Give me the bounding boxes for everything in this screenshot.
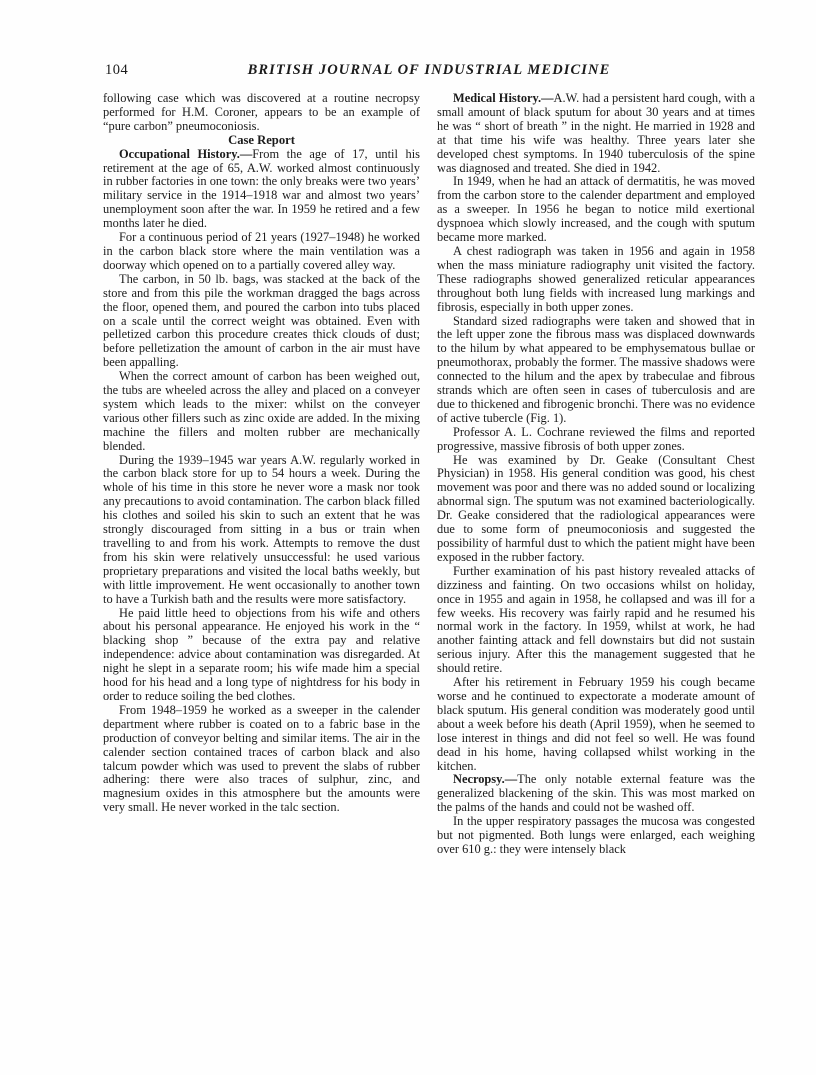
paragraph: When the correct amount of carbon has be… bbox=[103, 370, 420, 453]
paragraph: After his retirement in February 1959 hi… bbox=[437, 676, 755, 773]
paragraph-necropsy: Necropsy.—The only notable external feat… bbox=[437, 773, 755, 815]
paragraph: In the upper respiratory passages the mu… bbox=[437, 815, 755, 857]
paragraph: During the 1939–1945 war years A.W. regu… bbox=[103, 454, 420, 607]
section-heading-case-report: Case Report bbox=[103, 134, 420, 148]
paragraph-text: In 1949, when he had an attack of dermat… bbox=[437, 174, 755, 244]
journal-title: BRITISH JOURNAL OF INDUSTRIAL MEDICINE bbox=[103, 62, 755, 79]
paragraph-text: He was examined by Dr. Geake (Consultant… bbox=[437, 453, 755, 564]
left-column: following case which was discovered at a… bbox=[103, 92, 420, 857]
paragraph-text: following case which was discovered at a… bbox=[103, 91, 420, 133]
paragraph: For a continuous period of 21 years (192… bbox=[103, 231, 420, 273]
paragraph: He paid little heed to objections from h… bbox=[103, 607, 420, 704]
paragraph-text: After his retirement in February 1959 hi… bbox=[437, 675, 755, 772]
paragraph-text: When the correct amount of carbon has be… bbox=[103, 369, 420, 453]
run-in-heading: Occupational History.— bbox=[119, 147, 252, 161]
paragraph-text: Professor A. L. Cochrane reviewed the fi… bbox=[437, 425, 755, 453]
paragraph-text: For a continuous period of 21 years (192… bbox=[103, 230, 420, 272]
paragraph: A chest radiograph was taken in 1956 and… bbox=[437, 245, 755, 315]
paragraph: Further examination of his past history … bbox=[437, 565, 755, 676]
paragraph-occupational-history: Occupational History.—From the age of 17… bbox=[103, 148, 420, 231]
paragraph-text: In the upper respiratory passages the mu… bbox=[437, 814, 755, 856]
paragraph-text: Standard sized radiographs were taken an… bbox=[437, 314, 755, 425]
paragraph-text: The carbon, in 50 lb. bags, was stacked … bbox=[103, 272, 420, 369]
paragraph-continuation: following case which was discovered at a… bbox=[103, 92, 420, 134]
paragraph-text: Further examination of his past history … bbox=[437, 564, 755, 675]
paragraph-text: From 1948–1959 he worked as a sweeper in… bbox=[103, 703, 420, 814]
paragraph-medical-history: Medical History.—A.W. had a persistent h… bbox=[437, 92, 755, 175]
paragraph: The carbon, in 50 lb. bags, was stacked … bbox=[103, 273, 420, 370]
paragraph: Professor A. L. Cochrane reviewed the fi… bbox=[437, 426, 755, 454]
paragraph-text: He paid little heed to objections from h… bbox=[103, 606, 420, 703]
paragraph-text: During the 1939–1945 war years A.W. regu… bbox=[103, 453, 420, 606]
text-columns: following case which was discovered at a… bbox=[103, 92, 755, 857]
paragraph: Standard sized radiographs were taken an… bbox=[437, 315, 755, 426]
right-column: Medical History.—A.W. had a persistent h… bbox=[437, 92, 755, 857]
paragraph: In 1949, when he had an attack of dermat… bbox=[437, 175, 755, 245]
paragraph-text: A chest radiograph was taken in 1956 and… bbox=[437, 244, 755, 314]
page-header: 104 BRITISH JOURNAL OF INDUSTRIAL MEDICI… bbox=[103, 62, 755, 82]
paragraph: He was examined by Dr. Geake (Consultant… bbox=[437, 454, 755, 565]
run-in-heading: Necropsy.— bbox=[453, 772, 517, 786]
run-in-heading: Medical History.— bbox=[453, 91, 554, 105]
paragraph: From 1948–1959 he worked as a sweeper in… bbox=[103, 704, 420, 815]
journal-page: 104 BRITISH JOURNAL OF INDUSTRIAL MEDICI… bbox=[0, 0, 816, 1075]
